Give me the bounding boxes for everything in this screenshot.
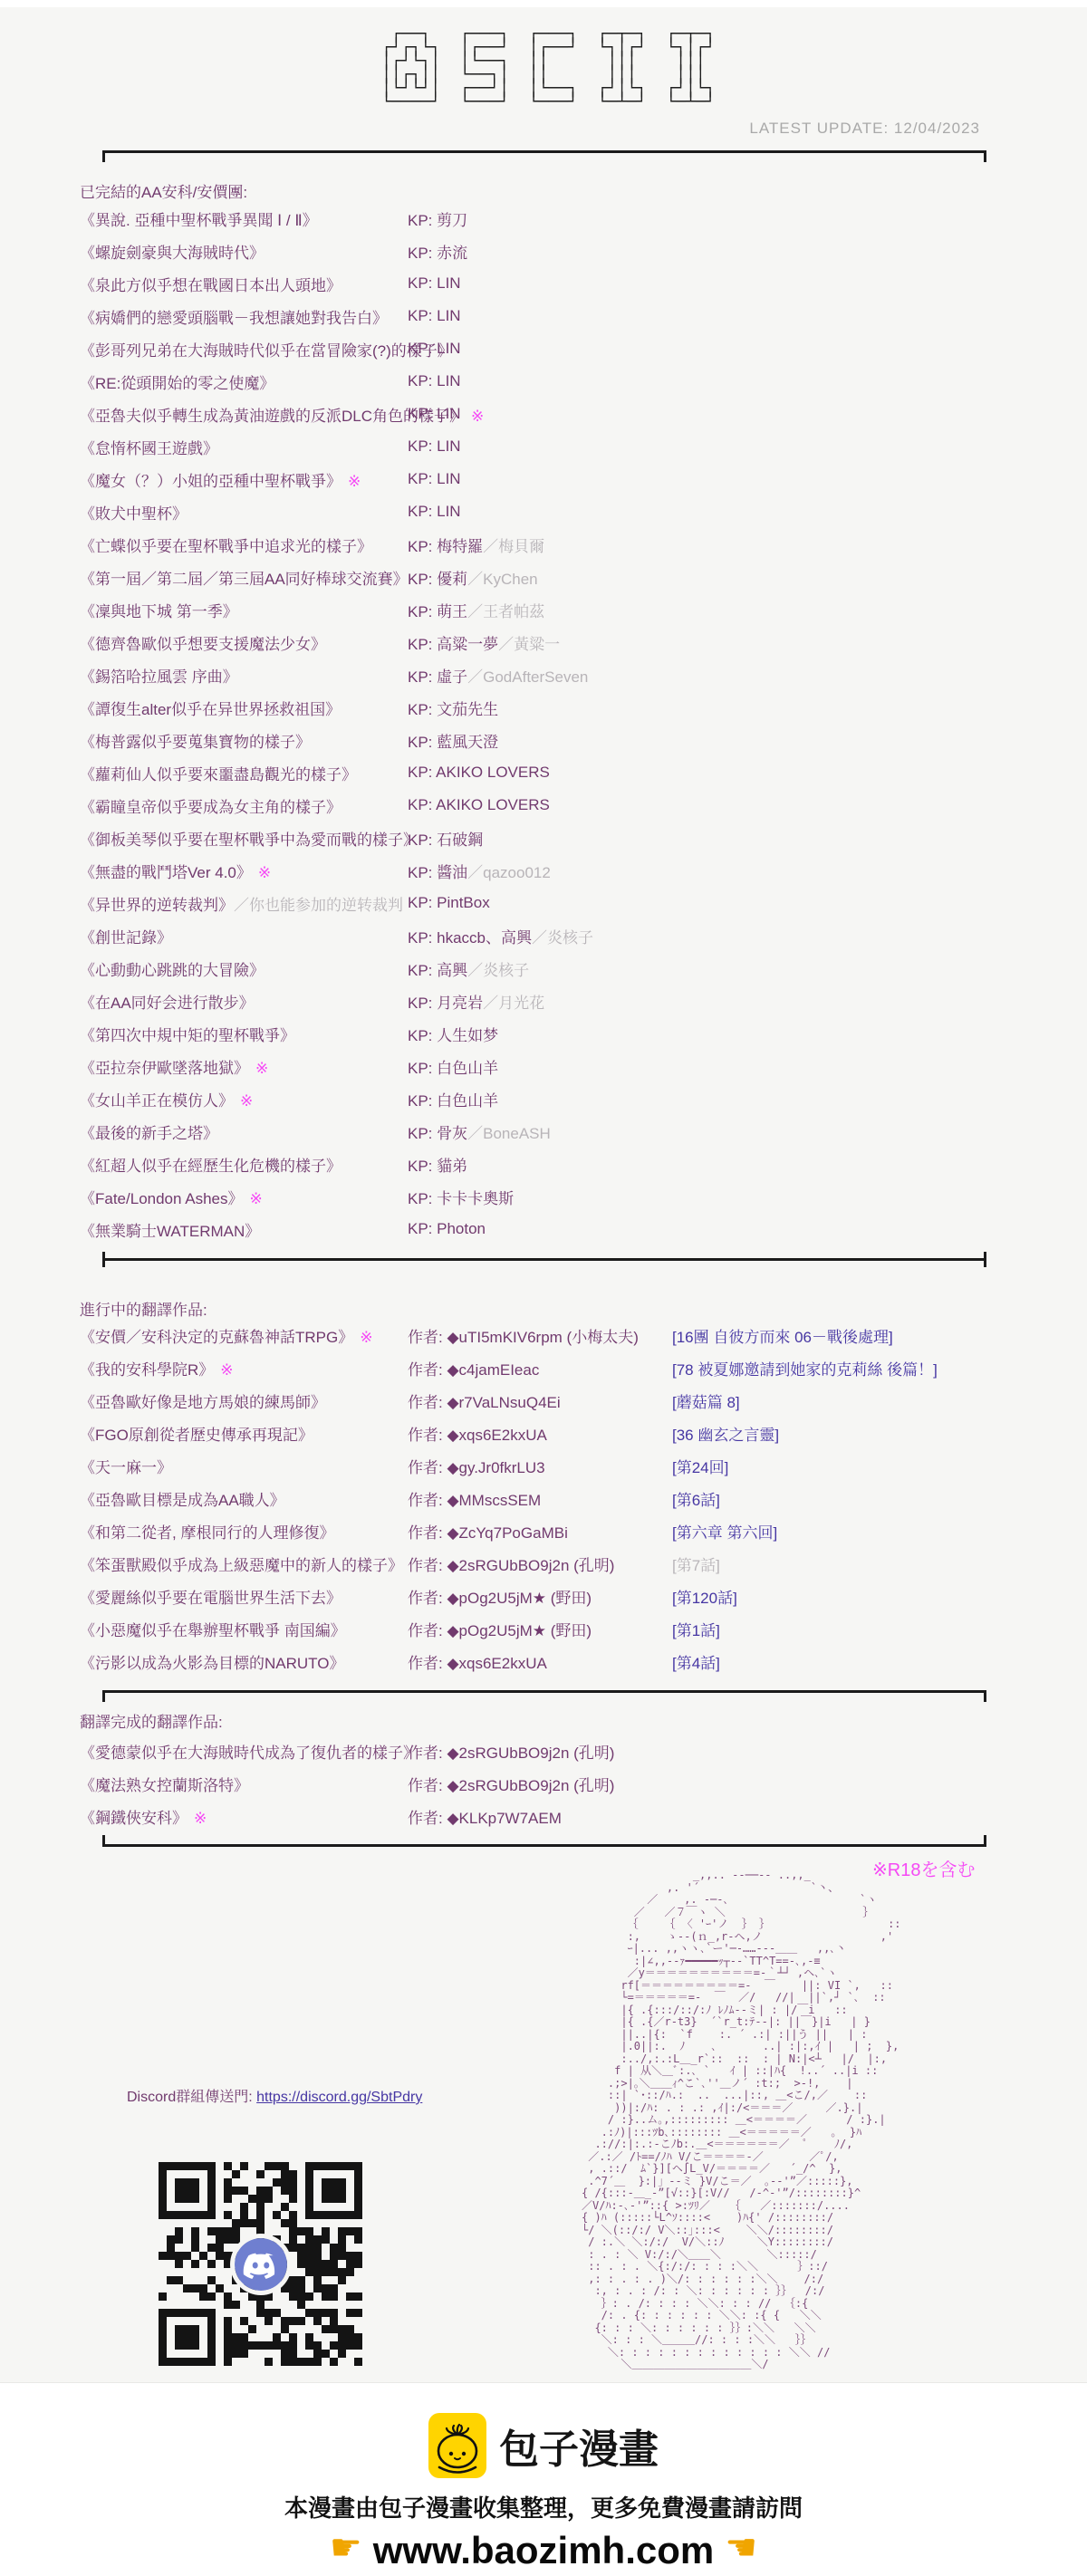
brand-row: 包子漫畫: [0, 2410, 1087, 2481]
section-heading-ongoing: 進行中的翻譯作品:: [80, 1297, 207, 1320]
work-title[interactable]: 《和第二從者, 摩根同行的人理修復》: [80, 1524, 334, 1542]
completed-item: 《凜與地下城 第一季》 KP: 萌王／王者帕茲: [80, 593, 1069, 626]
work-title-cell: 《心動動心跳跳的大冒險》: [80, 957, 408, 980]
work-title-cell: 《凜與地下城 第一季》: [80, 599, 408, 621]
kp-credit: KP: LIN: [408, 274, 461, 292]
kp-cell: KP: AKIKO LOVERS: [408, 764, 1069, 782]
work-title-cell: 《敗犬中聖杯》: [80, 501, 408, 524]
kp-credit: KP: 貓弟: [408, 1158, 467, 1175]
completed-item: 《御板美琴似乎要在聖杯戰爭中為愛而戰的樣子》 KP: 石破鋼: [80, 822, 1069, 854]
kp-cell: KP: 虛子／GodAfterSeven: [408, 664, 1069, 687]
discord-portal-line: Discord群組傳送門: https://discord.gg/SbtPdry: [127, 2081, 616, 2114]
divider-bottom: [102, 1844, 986, 1847]
section-heading-completed: 已完結的AA安科/安價團:: [80, 179, 247, 202]
author-credit: 作者: ◆pOg2U5jM★ (野田): [408, 1622, 592, 1639]
author-cell: 作者: ◆2sRGUbBO9j2n (孔明): [408, 1740, 672, 1763]
work-title-cell: 《螺旋劍豪與大海賊時代》: [80, 240, 408, 263]
latest-chapter-link[interactable]: [第6話]: [672, 1492, 720, 1509]
work-title-cell: 《德齊魯歐似乎想要支援魔法少女》: [80, 631, 408, 654]
completed-item: 《RE:從頭開始的零之使魔》 KP: LIN: [80, 365, 1069, 398]
kp-credit: KP: LIN: [408, 437, 461, 455]
kp-cell: KP: 卡卡卡奧斯: [408, 1186, 1069, 1208]
latest-chapter-link[interactable]: [16團 自彼方而來 06－戰後處理]: [672, 1329, 893, 1346]
work-title[interactable]: 《德齊魯歐似乎想要支援魔法少女》: [80, 636, 326, 653]
point-right-icon: ☛: [330, 2527, 362, 2569]
work-title[interactable]: 《亞魯歐好像是地方馬娘的練馬師》: [80, 1394, 326, 1411]
author-cell: 作者: ◆2sRGUbBO9j2n (孔明): [408, 1552, 672, 1575]
baozimh-link[interactable]: www.baozimh.com: [373, 2529, 714, 2571]
work-title-cell: 《Fate/London Ashes》※: [80, 1186, 408, 1208]
work-title[interactable]: 《敗犬中聖杯》: [80, 505, 188, 523]
discord-description: [127, 1951, 616, 2081]
kp-credit: KP: LIN: [408, 405, 461, 422]
footer-url-row: ☛www.baozimh.com☚: [0, 2527, 1087, 2572]
work-title[interactable]: 《凜與地下城 第一季》: [80, 603, 238, 620]
kp-credit: KP: PintBox: [408, 894, 490, 911]
completed-item: 《無盡的戰鬥塔Ver 4.0》※ KP: 醬油／qazoo012: [80, 854, 1069, 887]
work-title[interactable]: 《御板美琴似乎要在聖杯戰爭中為愛而戰的樣子》: [80, 831, 418, 849]
work-title[interactable]: 《無業騎士WATERMAN》: [80, 1223, 260, 1240]
kp-cell: KP: LIN: [408, 274, 1069, 293]
kp-credit: KP: AKIKO LOVERS: [408, 796, 550, 813]
work-title-cell: 《和第二從者, 摩根同行的人理修復》: [80, 1520, 408, 1543]
completed-item: 《彭哥列兄弟在大海賊時代似乎在當冒險家(?)的樣子》 KP: LIN: [80, 332, 1069, 365]
kp-credit: KP: LIN: [408, 470, 461, 487]
latest-chapter-link[interactable]: [第7話]: [672, 1557, 720, 1574]
kp-credit-alt: ／王者帕茲: [467, 603, 544, 620]
ongoing-item: 《愛麗絲似乎要在電腦世界生活下去》 作者: ◆pOg2U5jM★ (野田) [第…: [80, 1580, 1069, 1612]
work-title-cell: 《亡蝶似乎要在聖杯戰爭中追求光的樣子》: [80, 533, 408, 556]
work-title[interactable]: 《梅普露似乎要蒐集寶物的樣子》: [80, 734, 311, 751]
work-title-cell: 《霸瞳皇帝似乎要成為女主角的樣子》: [80, 794, 408, 817]
latest-chapter-link[interactable]: [第1話]: [672, 1622, 720, 1639]
work-title-cell: 《無業騎士WATERMAN》: [80, 1218, 408, 1241]
work-title-cell: 《創世記錄》: [80, 925, 408, 947]
kp-credit-alt: ／KyChen: [467, 571, 537, 588]
chapter-cell: [16團 自彼方而來 06－戰後處理]: [672, 1324, 1069, 1347]
work-title-cell: 《我的安科學院R》※: [80, 1357, 408, 1379]
discord-info: Discord群組傳送門: https://discord.gg/SbtPdry: [127, 1951, 616, 2114]
ongoing-item: 《我的安科學院R》※ 作者: ◆c4jamEIeac [78 被夏娜邀請到她家的…: [80, 1351, 1069, 1384]
work-title[interactable]: 《異說. 亞種中聖杯戰爭異聞 Ⅰ / Ⅱ》: [80, 212, 318, 229]
completed-item: 《蘿莉仙人似乎要來噩盡島觀光的樣子》 KP: AKIKO LOVERS: [80, 756, 1069, 789]
kp-cell: KP: 白色山羊: [408, 1055, 1069, 1078]
completed-item: 《第四次中規中矩的聖杯戰爭》 KP: 人生如梦: [80, 1017, 1069, 1050]
work-title-cell: 《魔女（？）小姐的亞種中聖杯戰爭》※: [80, 468, 408, 491]
completed-item: 《亞拉奈伊歐墜落地獄》※ KP: 白色山羊: [80, 1050, 1069, 1082]
ascii-logo: ┌──┐ ┌───┐ ┌───┐ ┌─┬─┐ ┌─┬─┐ ┌┘┌┐└┐ │┌──…: [371, 27, 715, 109]
ongoing-item: 《和第二從者, 摩根同行的人理修復》 作者: ◆ZcYq7PoGaMBi [第六…: [80, 1514, 1069, 1547]
work-title[interactable]: 《無盡的戰鬥塔Ver 4.0》: [80, 864, 252, 881]
work-title[interactable]: 《最後的新手之塔》: [80, 1125, 218, 1142]
author-credit: 作者: ◆2sRGUbBO9j2n (孔明): [408, 1557, 614, 1574]
work-title-cell: 《天一麻一》: [80, 1455, 408, 1477]
author-cell: 作者: ◆uTI5mKIV6rpm (小梅太夫): [408, 1324, 672, 1347]
work-title-cell: 《亞拉奈伊歐墜落地獄》※: [80, 1055, 408, 1078]
work-title[interactable]: 《彭哥列兄弟在大海賊時代似乎在當冒險家(?)的樣子》: [80, 342, 453, 360]
work-title[interactable]: 《創世記錄》: [80, 929, 172, 947]
completed-item: 《亞魯夫似乎轉生成為黃油遊戲的反派DLC角色的樣子》※ KP: LIN: [80, 398, 1069, 430]
kp-cell: KP: 人生如梦: [408, 1023, 1069, 1045]
point-left-icon: ☚: [725, 2527, 757, 2569]
discord-description-line: [127, 2049, 616, 2081]
work-title[interactable]: 《愛麗絲似乎要在電腦世界生活下去》: [80, 1590, 341, 1607]
latest-chapter-link[interactable]: [78 被夏娜邀請到她家的克莉絲 後篇！]: [672, 1361, 938, 1379]
work-title-cell: 《愛麗絲似乎要在電腦世界生活下去》: [80, 1585, 408, 1608]
kp-cell: KP: LIN: [408, 307, 1069, 325]
latest-chapter-link[interactable]: [36 幽玄之言靈]: [672, 1427, 779, 1444]
work-title-cell: 《亞魯夫似乎轉生成為黃油遊戲的反派DLC角色的樣子》※: [80, 403, 408, 426]
ongoing-list: 《安價／安科決定的克蘇魯神話TRPG》※ 作者: ◆uTI5mKIV6rpm (…: [80, 1319, 1069, 1677]
kp-cell: KP: 月亮岩／月光花: [408, 990, 1069, 1013]
work-title[interactable]: 《紅超人似乎在經歷生化危機的樣子》: [80, 1158, 341, 1175]
work-title[interactable]: 《亞魯歐目標是成為AA職人》: [80, 1492, 285, 1509]
work-title[interactable]: 《譚復生alter似乎在异世界拯救祖国》: [80, 701, 341, 718]
ongoing-item: 《污影以成為火影為目標的NARUTO》 作者: ◆xqs6E2kxUA [第4話…: [80, 1645, 1069, 1677]
chapter-cell: [第120話]: [672, 1585, 1069, 1608]
author-credit: 作者: ◆2sRGUbBO9j2n (孔明): [408, 1777, 614, 1794]
kp-cell: KP: LIN: [408, 405, 1069, 423]
kp-credit: KP: 萌王: [408, 603, 467, 620]
author-cell: 作者: ◆MMscsSEM: [408, 1487, 672, 1510]
work-title[interactable]: 《亡蝶似乎要在聖杯戰爭中追求光的樣子》: [80, 538, 372, 555]
discord-description-line: [127, 1951, 616, 1984]
author-cell: 作者: ◆xqs6E2kxUA: [408, 1650, 672, 1673]
finished-list: 《愛德蒙似乎在大海賊時代成為了復仇者的樣子》 作者: ◆2sRGUbBO9j2n…: [80, 1735, 1069, 1832]
r18-mark: ※: [250, 1190, 263, 1207]
work-title-cell: 《泉此方似乎想在戰國日本出人頭地》: [80, 273, 408, 295]
divider-top: [102, 150, 986, 153]
work-title[interactable]: 《我的安科學院R》: [80, 1361, 214, 1379]
work-title[interactable]: 《Fate/London Ashes》: [80, 1190, 244, 1207]
author-cell: 作者: ◆gy.Jr0fkrLU3: [408, 1455, 672, 1477]
completed-item: 《魔女（？）小姐的亞種中聖杯戰爭》※ KP: LIN: [80, 463, 1069, 495]
author-credit: 作者: ◆xqs6E2kxUA: [408, 1427, 547, 1444]
work-title[interactable]: 《錫箔哈拉風雲 序曲》: [80, 668, 238, 686]
r18-mark: ※: [194, 1810, 207, 1827]
work-title-cell: 《蘿莉仙人似乎要來噩盡島觀光的樣子》: [80, 762, 408, 784]
work-title-cell: 《異說. 亞種中聖杯戰爭異聞 Ⅰ / Ⅱ》: [80, 207, 408, 230]
ongoing-item: 《亞魯歐好像是地方馬娘的練馬師》 作者: ◆r7VaLNsuQ4Ei [蘑菇篇 …: [80, 1384, 1069, 1417]
completed-item: 《德齊魯歐似乎想要支援魔法少女》 KP: 高粱一夢／黃粱一: [80, 626, 1069, 658]
author-cell: 作者: ◆r7VaLNsuQ4Ei: [408, 1389, 672, 1412]
kp-cell: KP: 高興／炎核子: [408, 957, 1069, 980]
divider-finished: [102, 1690, 986, 1693]
completed-item: 《最後的新手之塔》 KP: 骨灰／BoneASH: [80, 1115, 1069, 1148]
author-credit: 作者: ◆KLKp7W7AEM: [408, 1810, 562, 1827]
kp-cell: KP: 梅特羅／梅貝爾: [408, 533, 1069, 556]
kp-cell: KP: 石破鋼: [408, 827, 1069, 850]
kp-credit: KP: 月亮岩: [408, 995, 483, 1012]
kp-credit: KP: LIN: [408, 503, 461, 520]
latest-chapter-link[interactable]: [第24回]: [672, 1459, 728, 1476]
kp-credit-alt: ／黃粱一: [498, 636, 560, 653]
ongoing-item: 《安價／安科決定的克蘇魯神話TRPG》※ 作者: ◆uTI5mKIV6rpm (…: [80, 1319, 1069, 1351]
kp-credit: KP: LIN: [408, 340, 461, 357]
kp-cell: KP: LIN: [408, 470, 1069, 488]
kp-cell: KP: 骨灰／BoneASH: [408, 1120, 1069, 1143]
work-title-cell: 《鋼鐵俠安科》※: [80, 1805, 408, 1828]
work-title-cell: 《FGO原創從者歷史傳承再現記》: [80, 1422, 408, 1445]
completed-list: 《異說. 亞種中聖杯戰爭異聞 Ⅰ / Ⅱ》 KP: 剪刀 《螺旋劍豪與大海賊時代…: [80, 202, 1069, 1245]
ongoing-item: 《亞魯歐目標是成為AA職人》 作者: ◆MMscsSEM [第6話]: [80, 1482, 1069, 1514]
chapter-cell: [第六章 第六回]: [672, 1520, 1069, 1543]
latest-update-label: LATEST UPDATE: 12/04/2023: [749, 120, 980, 138]
work-title-cell: 《第四次中規中矩的聖杯戰爭》: [80, 1023, 408, 1045]
work-title-cell: 《錫箔哈拉風雲 序曲》: [80, 664, 408, 687]
work-title-cell: 《笨蛋獸殿似乎成為上級惡魔中的新人的樣子》: [80, 1552, 408, 1575]
kp-credit: KP: AKIKO LOVERS: [408, 764, 550, 781]
work-title-cell: 《魔法熟女控蘭斯洛特》: [80, 1773, 408, 1795]
work-title-cell: 《最後的新手之塔》: [80, 1120, 408, 1143]
author-cell: 作者: ◆KLKp7W7AEM: [408, 1805, 672, 1828]
chapter-cell: [第7話]: [672, 1552, 1069, 1575]
work-title-cell: 《小惡魔似乎在舉辦聖杯戰爭 南国編》: [80, 1618, 408, 1640]
work-title[interactable]: 《安價／安科決定的克蘇魯神話TRPG》: [80, 1329, 353, 1346]
work-title[interactable]: 《异世界的逆转裁判》: [80, 897, 234, 914]
section-heading-finished: 翻譯完成的翻譯作品:: [80, 1709, 223, 1732]
kp-credit: KP: 藍風天澄: [408, 734, 498, 751]
work-title-cell: 《紅超人似乎在經歷生化危機的樣子》: [80, 1153, 408, 1176]
kp-cell: KP: hkaccb、高興／炎核子: [408, 925, 1069, 947]
work-title-cell: 《在AA同好会进行散步》: [80, 990, 408, 1013]
work-title[interactable]: 《泉此方似乎想在戰國日本出人頭地》: [80, 277, 341, 294]
r18-mark: ※: [348, 473, 361, 490]
kp-credit: KP: 石破鋼: [408, 831, 483, 849]
work-title-cell: 《譚復生alter似乎在异世界拯救祖国》: [80, 697, 408, 719]
work-title[interactable]: 《在AA同好会进行散步》: [80, 995, 255, 1012]
kp-credit: KP: 虛子: [408, 668, 467, 686]
kp-credit: KP: 剪刀: [408, 212, 467, 229]
r18-mark: ※: [240, 1092, 253, 1110]
completed-item: 《第一屆／第二屆／第三屆AA同好棒球交流賽》 KP: 優莉／KyChen: [80, 561, 1069, 593]
kp-credit: KP: 高興: [408, 962, 467, 979]
completed-item: 《螺旋劍豪與大海賊時代》 KP: 赤流: [80, 235, 1069, 267]
kp-cell: KP: 文茄先生: [408, 697, 1069, 719]
kp-cell: KP: LIN: [408, 340, 1069, 358]
latest-chapter-link[interactable]: [蘑菇篇 8]: [672, 1394, 740, 1411]
discord-portal-label: Discord群組傳送門:: [127, 2090, 256, 2105]
chapter-cell: [蘑菇篇 8]: [672, 1389, 1069, 1412]
kp-cell: KP: 白色山羊: [408, 1088, 1069, 1110]
discord-description-line: [127, 1984, 616, 2016]
kp-cell: KP: 藍風天澄: [408, 729, 1069, 752]
chapter-cell: [第1話]: [672, 1618, 1069, 1640]
kp-cell: KP: 剪刀: [408, 207, 1069, 230]
kp-cell: KP: LIN: [408, 437, 1069, 456]
work-title-cell: 《亞魯歐好像是地方馬娘的練馬師》: [80, 1389, 408, 1412]
completed-item: 《心動動心跳跳的大冒險》 KP: 高興／炎核子: [80, 952, 1069, 985]
kp-credit: KP: 高粱一夢: [408, 636, 498, 653]
kp-credit: KP: 文茄先生: [408, 701, 498, 718]
author-credit: 作者: ◆uTI5mKIV6rpm (小梅太夫): [408, 1329, 639, 1346]
author-cell: 作者: ◆ZcYq7PoGaMBi: [408, 1520, 672, 1543]
completed-item: 《紅超人似乎在經歷生化危機的樣子》 KP: 貓弟: [80, 1148, 1069, 1180]
ongoing-item: 《笨蛋獸殿似乎成為上級惡魔中的新人的樣子》 作者: ◆2sRGUbBO9j2n …: [80, 1547, 1069, 1580]
kp-credit: KP: 優莉: [408, 571, 467, 588]
work-title-cell: 《無盡的戰鬥塔Ver 4.0》※: [80, 860, 408, 882]
discord-invite-link[interactable]: https://discord.gg/SbtPdry: [256, 2090, 422, 2105]
completed-item: 《病嬌們的戀愛頭腦戰－我想讓她對我告白》 KP: LIN: [80, 300, 1069, 332]
work-title-cell: 《异世界的逆转裁判》／你也能参加的逆转裁判: [80, 892, 408, 915]
latest-chapter-link[interactable]: [第六章 第六回]: [672, 1524, 777, 1542]
work-title-cell: 《女山羊正在模仿人》※: [80, 1088, 408, 1110]
chapter-cell: [第6話]: [672, 1487, 1069, 1510]
discord-qr-code: [156, 2159, 366, 2369]
completed-item: 《異說. 亞種中聖杯戰爭異聞 Ⅰ / Ⅱ》 KP: 剪刀: [80, 202, 1069, 235]
kp-cell: KP: 貓弟: [408, 1153, 1069, 1176]
ongoing-item: 《天一麻一》 作者: ◆gy.Jr0fkrLU3 [第24回]: [80, 1449, 1069, 1482]
completed-item: 《亡蝶似乎要在聖杯戰爭中追求光的樣子》 KP: 梅特羅／梅貝爾: [80, 528, 1069, 561]
kp-credit-alt: ／炎核子: [532, 929, 593, 947]
completed-item: 《創世記錄》 KP: hkaccb、高興／炎核子: [80, 919, 1069, 952]
r18-mark: ※: [255, 1060, 268, 1077]
work-title-cell: 《怠惰杯國王遊戲》: [80, 436, 408, 458]
footer-notice: 本漫畫由包子漫畫收集整理，更多免費漫畫請訪問: [0, 2490, 1087, 2523]
work-title-cell: 《愛德蒙似乎在大海賊時代成為了復仇者的樣子》: [80, 1740, 408, 1763]
completed-item: 《譚復生alter似乎在异世界拯救祖国》 KP: 文茄先生: [80, 691, 1069, 724]
work-title[interactable]: 《亞拉奈伊歐墜落地獄》: [80, 1060, 249, 1077]
finished-item: 《愛德蒙似乎在大海賊時代成為了復仇者的樣子》 作者: ◆2sRGUbBO9j2n…: [80, 1735, 1069, 1767]
work-title-cell: 《御板美琴似乎要在聖杯戰爭中為愛而戰的樣子》: [80, 827, 408, 850]
work-title[interactable]: 《第四次中規中矩的聖杯戰爭》: [80, 1027, 295, 1044]
kp-credit: KP: Photon: [408, 1220, 486, 1237]
kp-credit-alt: ／月光花: [483, 995, 544, 1012]
work-title-cell: 《梅普露似乎要蒐集寶物的樣子》: [80, 729, 408, 752]
work-title-cell: 《安價／安科決定的克蘇魯神話TRPG》※: [80, 1324, 408, 1347]
author-cell: 作者: ◆2sRGUbBO9j2n (孔明): [408, 1773, 672, 1795]
work-title[interactable]: 《鋼鐵俠安科》: [80, 1810, 188, 1827]
baozimh-footer: 包子漫畫 本漫畫由包子漫畫收集整理，更多免費漫畫請訪問 ☛www.baozimh…: [0, 2382, 1087, 2576]
author-credit: 作者: ◆r7VaLNsuQ4Ei: [408, 1394, 561, 1411]
kp-credit-alt: ／炎核子: [467, 962, 529, 979]
work-title-cell: 《亞魯歐目標是成為AA職人》: [80, 1487, 408, 1510]
kp-credit: KP: 白色山羊: [408, 1092, 498, 1110]
character-ascii-art: _,,.. --──-- ..,,_ ,. '´ `丶、 ／ ,. -─-､ `…: [582, 1870, 901, 2371]
work-title[interactable]: 《第一屆／第二屆／第三屆AA同好棒球交流賽》: [80, 571, 409, 588]
completed-item: 《异世界的逆转裁判》／你也能参加的逆转裁判 KP: PintBox: [80, 887, 1069, 919]
discord-logo-icon: [235, 2238, 287, 2291]
work-title[interactable]: 《笨蛋獸殿似乎成為上級惡魔中的新人的樣子》: [80, 1557, 403, 1574]
latest-chapter-link[interactable]: [第120話]: [672, 1590, 737, 1607]
chapter-cell: [第4話]: [672, 1650, 1069, 1673]
work-title-cell: 《污影以成為火影為目標的NARUTO》: [80, 1650, 408, 1673]
work-title[interactable]: 《霸瞳皇帝似乎要成為女主角的樣子》: [80, 799, 341, 816]
work-title[interactable]: 《小惡魔似乎在舉辦聖杯戰爭 南国編》: [80, 1622, 346, 1639]
kp-cell: KP: 萌王／王者帕茲: [408, 599, 1069, 621]
chapter-cell: [36 幽玄之言靈]: [672, 1422, 1069, 1445]
work-title[interactable]: 《魔女（？）小姐的亞種中聖杯戰爭》: [80, 473, 341, 490]
work-title[interactable]: 《心動動心跳跳的大冒險》: [80, 962, 265, 979]
kp-credit-alt: ／GodAfterSeven: [467, 668, 588, 686]
completed-item: 《敗犬中聖杯》 KP: LIN: [80, 495, 1069, 528]
work-title[interactable]: 《愛德蒙似乎在大海賊時代成為了復仇者的樣子》: [80, 1745, 418, 1762]
kp-credit: KP: hkaccb、高興: [408, 929, 532, 947]
author-credit: 作者: ◆xqs6E2kxUA: [408, 1655, 547, 1672]
work-title[interactable]: 《怠惰杯國王遊戲》: [80, 440, 218, 457]
kp-credit-alt: ／BoneASH: [467, 1125, 551, 1142]
kp-credit: KP: 梅特羅: [408, 538, 483, 555]
author-credit: 作者: ◆ZcYq7PoGaMBi: [408, 1524, 568, 1542]
divider-ongoing: [102, 1258, 986, 1261]
kp-credit: KP: 赤流: [408, 245, 467, 262]
kp-cell: KP: AKIKO LOVERS: [408, 796, 1069, 814]
author-cell: 作者: ◆c4jamEIeac: [408, 1357, 672, 1379]
kp-credit: KP: LIN: [408, 372, 461, 389]
completed-item: 《女山羊正在模仿人》※ KP: 白色山羊: [80, 1082, 1069, 1115]
work-title[interactable]: 《女山羊正在模仿人》: [80, 1092, 234, 1110]
baozi-logo-icon: [428, 2413, 486, 2478]
author-credit: 作者: ◆gy.Jr0fkrLU3: [408, 1459, 545, 1476]
kp-credit: KP: 卡卡卡奧斯: [408, 1190, 514, 1207]
chapter-cell: [第24回]: [672, 1455, 1069, 1477]
finished-item: 《魔法熟女控蘭斯洛特》 作者: ◆2sRGUbBO9j2n (孔明): [80, 1767, 1069, 1800]
r18-mark: ※: [258, 864, 271, 881]
work-title[interactable]: 《天一麻一》: [80, 1459, 172, 1476]
work-title[interactable]: 《病嬌們的戀愛頭腦戰－我想讓她對我告白》: [80, 310, 388, 327]
completed-item: 《泉此方似乎想在戰國日本出人頭地》 KP: LIN: [80, 267, 1069, 300]
kp-credit-alt: ／梅貝爾: [483, 538, 544, 555]
completed-item: 《錫箔哈拉風雲 序曲》 KP: 虛子／GodAfterSeven: [80, 658, 1069, 691]
author-cell: 作者: ◆pOg2U5jM★ (野田): [408, 1585, 672, 1608]
completed-item: 《霸瞳皇帝似乎要成為女主角的樣子》 KP: AKIKO LOVERS: [80, 789, 1069, 822]
work-subtitle: ／你也能参加的逆转裁判: [234, 897, 403, 914]
kp-credit-alt: ／qazoo012: [467, 864, 551, 881]
author-cell: 作者: ◆pOg2U5jM★ (野田): [408, 1618, 672, 1640]
r18-mark: ※: [360, 1329, 372, 1346]
brand-name: 包子漫畫: [499, 2417, 659, 2475]
r18-mark: ※: [220, 1361, 233, 1379]
author-credit: 作者: ◆c4jamEIeac: [408, 1361, 539, 1379]
author-credit: 作者: ◆MMscsSEM: [408, 1492, 541, 1509]
kp-cell: KP: 優莉／KyChen: [408, 566, 1069, 589]
ongoing-item: 《FGO原創從者歷史傳承再現記》 作者: ◆xqs6E2kxUA [36 幽玄之…: [80, 1417, 1069, 1449]
kp-credit: KP: 人生如梦: [408, 1027, 498, 1044]
latest-chapter-link[interactable]: [第4話]: [672, 1655, 720, 1672]
kp-cell: KP: 醬油／qazoo012: [408, 860, 1069, 882]
kp-cell: KP: Photon: [408, 1220, 1069, 1238]
kp-cell: KP: LIN: [408, 503, 1069, 521]
kp-credit: KP: 白色山羊: [408, 1060, 498, 1077]
work-title[interactable]: 《FGO原創從者歷史傳承再現記》: [80, 1427, 313, 1444]
work-title[interactable]: 《螺旋劍豪與大海賊時代》: [80, 245, 265, 262]
kp-cell: KP: PintBox: [408, 894, 1069, 912]
kp-cell: KP: LIN: [408, 372, 1069, 390]
author-credit: 作者: ◆pOg2U5jM★ (野田): [408, 1590, 592, 1607]
completed-item: 《無業騎士WATERMAN》 KP: Photon: [80, 1213, 1069, 1245]
chapter-cell: [78 被夏娜邀請到她家的克莉絲 後篇！]: [672, 1357, 1069, 1379]
author-cell: 作者: ◆xqs6E2kxUA: [408, 1422, 672, 1445]
kp-cell: KP: 赤流: [408, 240, 1069, 263]
kp-cell: KP: 高粱一夢／黃粱一: [408, 631, 1069, 654]
completed-item: 《梅普露似乎要蒐集寶物的樣子》 KP: 藍風天澄: [80, 724, 1069, 756]
work-title-cell: 《彭哥列兄弟在大海賊時代似乎在當冒險家(?)的樣子》: [80, 338, 408, 360]
ongoing-item: 《小惡魔似乎在舉辦聖杯戰爭 南国編》 作者: ◆pOg2U5jM★ (野田) […: [80, 1612, 1069, 1645]
work-title[interactable]: 《蘿莉仙人似乎要來噩盡島觀光的樣子》: [80, 766, 357, 783]
work-title[interactable]: 《污影以成為火影為目標的NARUTO》: [80, 1655, 344, 1672]
discord-description-line: [127, 2016, 616, 2049]
finished-item: 《鋼鐵俠安科》※ 作者: ◆KLKp7W7AEM: [80, 1800, 1069, 1832]
completed-item: 《在AA同好会进行散步》 KP: 月亮岩／月光花: [80, 985, 1069, 1017]
author-credit: 作者: ◆2sRGUbBO9j2n (孔明): [408, 1745, 614, 1762]
work-title[interactable]: 《魔法熟女控蘭斯洛特》: [80, 1777, 249, 1794]
page-background: ┌──┐ ┌───┐ ┌───┐ ┌─┬─┐ ┌─┬─┐ ┌┘┌┐└┐ │┌──…: [0, 7, 1087, 2382]
work-title[interactable]: 《RE:從頭開始的零之使魔》: [80, 375, 274, 392]
completed-item: 《怠惰杯國王遊戲》 KP: LIN: [80, 430, 1069, 463]
work-title-cell: 《第一屆／第二屆／第三屆AA同好棒球交流賽》: [80, 566, 408, 589]
completed-item: 《Fate/London Ashes》※ KP: 卡卡卡奧斯: [80, 1180, 1069, 1213]
work-title-cell: 《病嬌們的戀愛頭腦戰－我想讓她對我告白》: [80, 305, 408, 328]
